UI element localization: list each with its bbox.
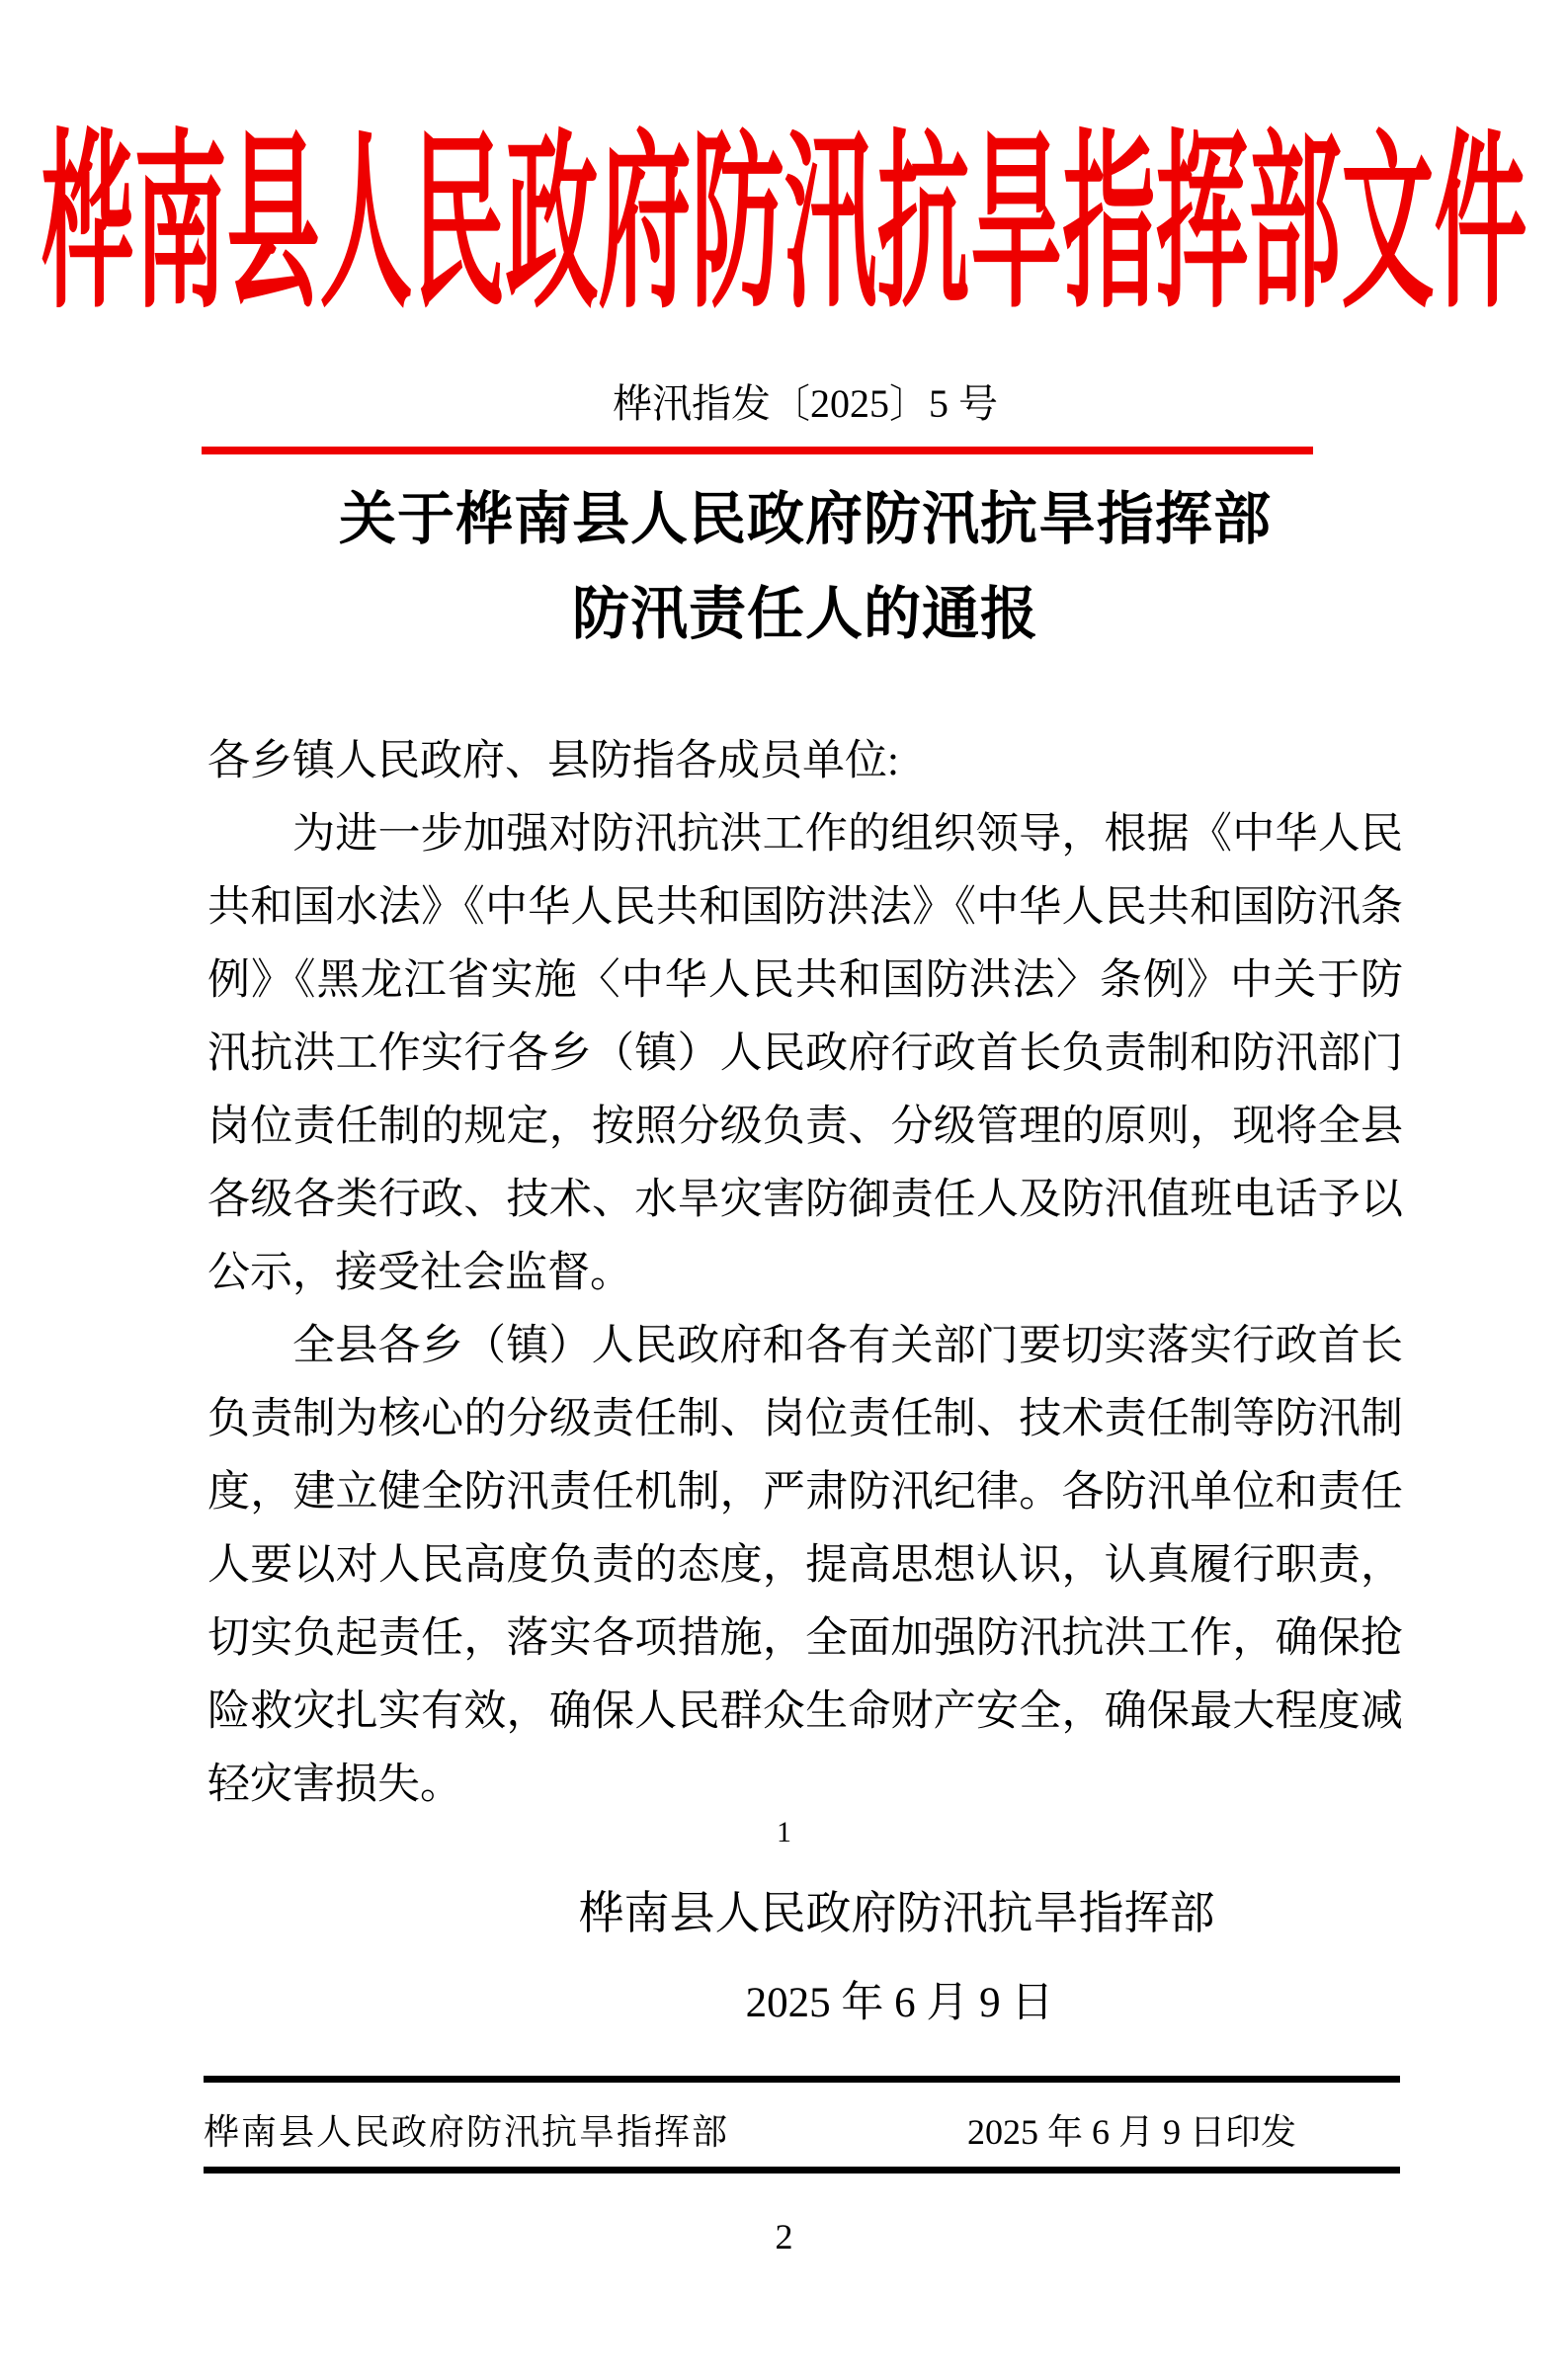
red-divider <box>202 447 1313 454</box>
footer-divider-top <box>204 2076 1400 2083</box>
paragraph-1: 为进一步加强对防汛抗洪工作的组织领导，根据《中华人民共和国水法》《中华人民共和国… <box>207 798 1403 1310</box>
page-2-number: 2 <box>0 2216 1568 2257</box>
signature-organization: 桦南县人民政府防汛抗旱指挥部 <box>113 1877 1568 1942</box>
document-title-line1: 关于桦南县人民政府防汛抗旱指挥部 <box>207 472 1403 567</box>
document-page: 桦南县人民政府防汛抗旱指挥部文件 桦汛指发〔2025〕5 号 关于桦南县人民政府… <box>0 0 1568 2379</box>
salutation: 各乡镇人民政府、县防指各成员单位: <box>207 725 1403 798</box>
footer-divider-bottom <box>204 2167 1400 2174</box>
document-body: 各乡镇人民政府、县防指各成员单位: 为进一步加强对防汛抗洪工作的组织领导，根据《… <box>207 725 1403 1822</box>
document-reference-number: 桦汛指发〔2025〕5 号 <box>207 380 1403 428</box>
letterhead-title: 桦南县人民政府防汛抗旱指挥部文件 <box>41 70 1527 344</box>
document-title: 关于桦南县人民政府防汛抗旱指挥部 防汛责任人的通报 <box>207 472 1403 662</box>
page-1-number: 1 <box>0 1816 1568 1849</box>
footer-print-date: 2025 年 6 月 9 日印发 <box>967 2104 1296 2155</box>
document-title-line2: 防汛责任人的通报 <box>207 567 1403 662</box>
letterhead: 桦南县人民政府防汛抗旱指挥部文件 <box>0 91 1568 323</box>
footer-issuer: 桦南县人民政府防汛抗旱指挥部 <box>204 2104 729 2155</box>
paragraph-2: 全县各乡（镇）人民政府和各有关部门要切实落实行政首长负责制为核心的分级责任制、岗… <box>207 1310 1403 1822</box>
signature-date: 2025 年 6 月 9 日 <box>116 1969 1568 2029</box>
footer: 桦南县人民政府防汛抗旱指挥部 2025 年 6 月 9 日印发 <box>204 2098 1400 2160</box>
